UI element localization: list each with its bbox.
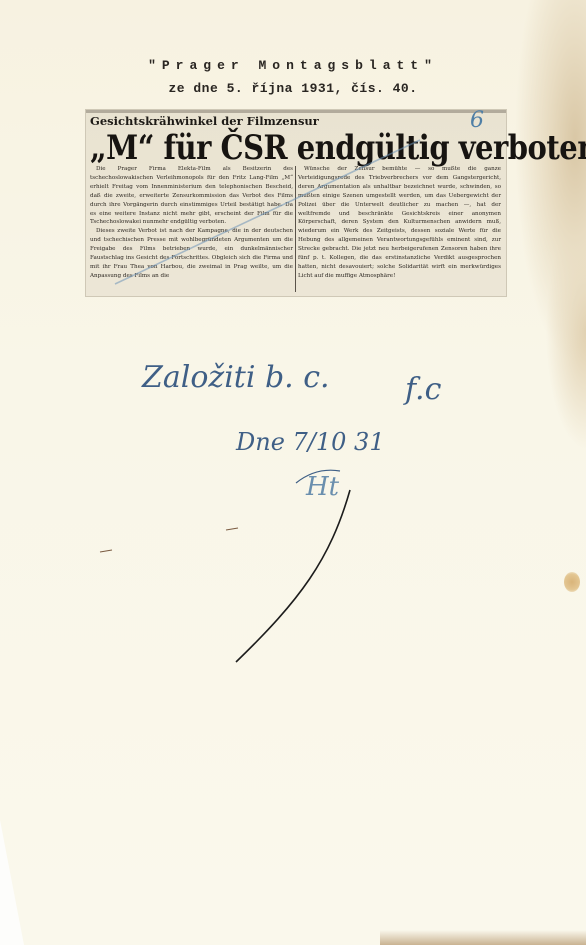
handwritten-date: Dne 7/10 31 <box>236 428 385 456</box>
handwritten-instruction: Založiti b. c. <box>142 360 330 395</box>
handwritten-initials: f.c <box>405 372 441 407</box>
ink-curve-stroke <box>236 490 350 662</box>
pencil-strokes <box>0 0 586 945</box>
ink-dash <box>100 550 112 552</box>
handwritten-signature: Ht <box>306 472 339 502</box>
scanned-document: "Prager Montagsblatt" ze dne 5. října 19… <box>0 0 586 945</box>
ink-dash <box>226 528 238 530</box>
blue-pencil-strike <box>115 140 420 284</box>
